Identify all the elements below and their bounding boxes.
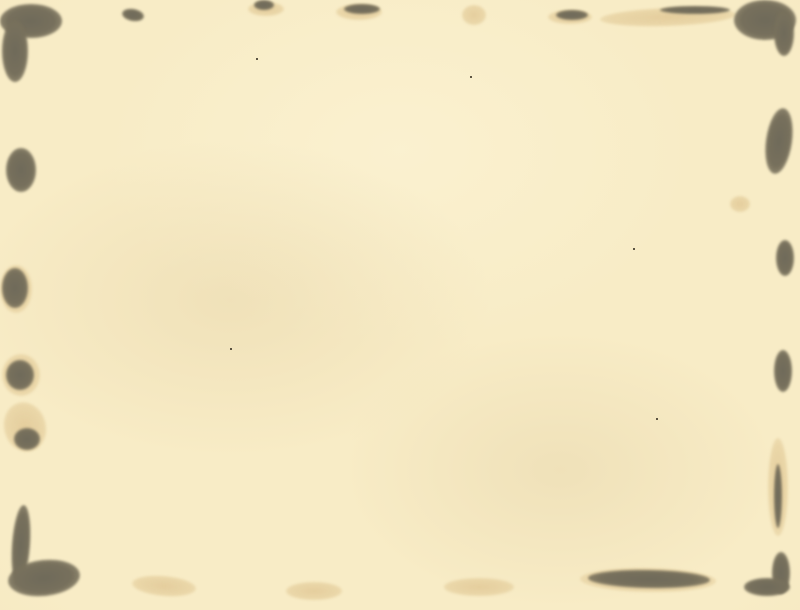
dark-ink-stain	[121, 7, 145, 23]
dark-ink-stain	[6, 148, 36, 192]
dark-ink-stain	[2, 268, 28, 308]
dark-ink-stain	[774, 464, 782, 528]
dust-speck	[256, 58, 258, 60]
dark-ink-stain	[2, 20, 28, 82]
dust-speck	[633, 248, 635, 250]
dark-ink-stain	[774, 10, 794, 56]
dark-ink-stain	[6, 360, 34, 390]
dark-ink-stain	[14, 428, 40, 450]
light-ink-stain	[444, 578, 514, 596]
dark-ink-stain	[254, 0, 274, 10]
dark-ink-stain	[762, 107, 797, 176]
dark-ink-stain	[776, 240, 794, 276]
dark-ink-stain	[774, 350, 792, 392]
light-ink-stain	[462, 5, 486, 25]
light-ink-stain	[730, 196, 750, 212]
dust-speck	[656, 418, 658, 420]
dark-ink-stain	[556, 10, 588, 20]
dust-speck	[230, 348, 232, 350]
dark-ink-stain	[744, 578, 790, 596]
light-ink-stain	[286, 582, 342, 600]
light-ink-stain	[131, 573, 196, 599]
dust-speck	[470, 76, 472, 78]
dark-ink-stain	[660, 6, 730, 14]
aged-paper-background	[0, 0, 800, 610]
dark-ink-stain	[344, 4, 380, 14]
